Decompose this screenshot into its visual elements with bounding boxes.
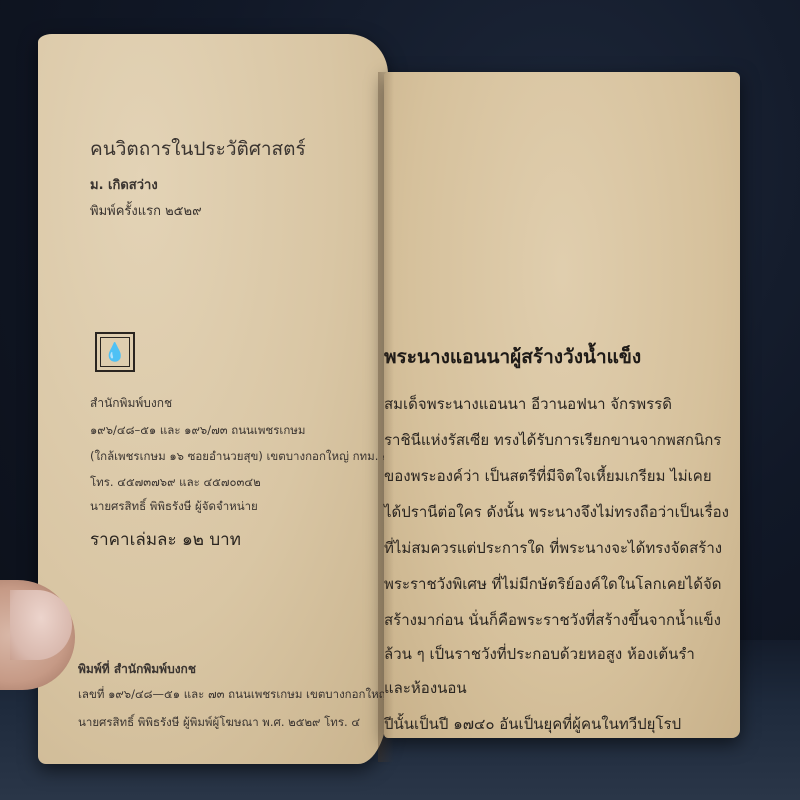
author: ม. เกิดสว่าง — [90, 174, 158, 195]
printer-address: เลขที่ ๑๙๖/๔๘—๕๑ และ ๗๓ ถนนเพชรเกษม เขตบ… — [78, 686, 389, 704]
edition: พิมพ์ครั้งแรก ๒๕๒๙ — [90, 200, 202, 221]
price: ราคาเล่มละ ๑๒ บาท — [90, 526, 241, 553]
body-line: ล้วน ๆ เป็นราชวังที่ประกอบด้วยหอสูง ห้อง… — [384, 642, 695, 666]
body-line: ของพระองค์ว่า เป็นสตรีที่มีจิตใจเหี้ยมเก… — [384, 464, 712, 488]
book-spine-shadow — [378, 72, 394, 762]
chapter-title: พระนางแอนนาผู้สร้างวังน้ำแข็ง — [384, 342, 641, 372]
printer-publisher: นายศรสิทธิ์ พิพิธรังษี ผู้พิมพ์ผู้โฆษณา … — [78, 714, 360, 732]
publisher-phone: โทร. ๔๕๗๓๗๖๙ และ ๔๕๗๐๓๔๒ — [90, 474, 261, 492]
publisher-name: สำนักพิมพ์บงกช — [90, 394, 172, 413]
right-page: พระนางแอนนาผู้สร้างวังน้ำแข็ง สมเด็จพระน… — [384, 72, 740, 738]
body-line: ปีนั้นเป็นปี ๑๗๔๐ อันเป็นยุคที่ผู้คนในทว… — [384, 712, 681, 736]
body-line: สร้างมาก่อน นั่นก็คือพระราชวังที่สร้างขึ… — [384, 608, 721, 632]
publisher-address-line: (ใกล้เพชรเกษม ๑๖ ซอยอำนวยสุข) เขตบางกอกใ… — [90, 448, 389, 466]
body-line: ที่ไม่สมควรแต่ประการใด ที่พระนางจะได้ทรง… — [384, 536, 722, 560]
left-page: คนวิตถารในประวัติศาสตร์ ม. เกิดสว่าง พิม… — [38, 34, 388, 764]
body-line: สมเด็จพระนางแอนนา อีวานอฟนา จักรพรรดิ — [384, 392, 672, 416]
book-title: คนวิตถารในประวัติศาสตร์ — [90, 134, 306, 164]
body-line: พระราชวังพิเศษ ที่ไม่มีกษัตริย์องค์ใดในโ… — [384, 572, 721, 596]
printer-label: พิมพ์ที่ สำนักพิมพ์บงกช — [78, 660, 196, 679]
body-line: ได้ปรานีต่อใคร ดังนั้น พระนางจึงไม่ทรงถื… — [384, 500, 729, 524]
body-line: และห้องนอน — [384, 676, 467, 700]
publisher-distributor: นายศรสิทธิ์ พิพิธรังษี ผู้จัดจำหน่าย — [90, 498, 258, 516]
drop-logo-icon: 💧 — [95, 332, 135, 372]
body-line: ราชินีแห่งรัสเซีย ทรงได้รับการเรียกขานจา… — [384, 428, 721, 452]
drop-icon: 💧 — [100, 337, 130, 367]
publisher-address-line: ๑๙๖/๔๘–๕๑ และ ๑๙๖/๗๓ ถนนเพชรเกษม — [90, 422, 305, 440]
